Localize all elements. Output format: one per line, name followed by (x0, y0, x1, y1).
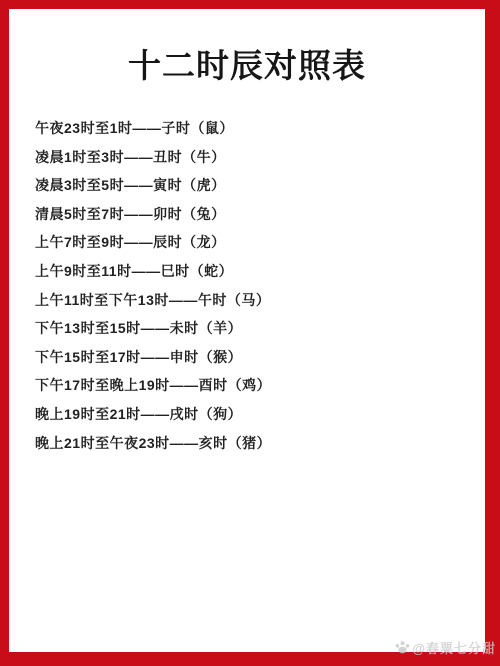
list-item: 下午15时至17时——申时（猴） (35, 343, 477, 372)
list-item: 清晨5时至7时——卯时（兔） (35, 200, 477, 229)
list-item: 凌晨1时至3时——丑时（牛） (35, 143, 477, 172)
watermark-text: @春粟七分甜 (412, 638, 496, 657)
shichen-list: 午夜23时至1时——子时（鼠） 凌晨1时至3时——丑时（牛） 凌晨3时至5时——… (35, 114, 477, 457)
poster-frame: 十二时辰对照表 午夜23时至1时——子时（鼠） 凌晨1时至3时——丑时（牛） 凌… (0, 0, 500, 666)
page-title: 十二时辰对照表 (9, 49, 485, 82)
list-item: 下午13时至15时——未时（羊） (35, 314, 477, 343)
list-item: 凌晨3时至5时——寅时（虎） (35, 171, 477, 200)
watermark: @春粟七分甜 (395, 638, 496, 657)
list-item: 上午11时至下午13时——午时（马） (35, 286, 477, 315)
list-item: 晚上21时至午夜23时——亥时（猪） (35, 429, 477, 458)
list-item: 晚上19时至21时——戌时（狗） (35, 400, 477, 429)
paw-icon (395, 640, 410, 655)
list-item: 上午7时至9时——辰时（龙） (35, 228, 477, 257)
list-item: 上午9时至11时——巳时（蛇） (35, 257, 477, 286)
list-item: 下午17时至晚上19时——酉时（鸡） (35, 371, 477, 400)
list-item: 午夜23时至1时——子时（鼠） (35, 114, 477, 143)
content-sheet: 十二时辰对照表 午夜23时至1时——子时（鼠） 凌晨1时至3时——丑时（牛） 凌… (9, 9, 485, 652)
